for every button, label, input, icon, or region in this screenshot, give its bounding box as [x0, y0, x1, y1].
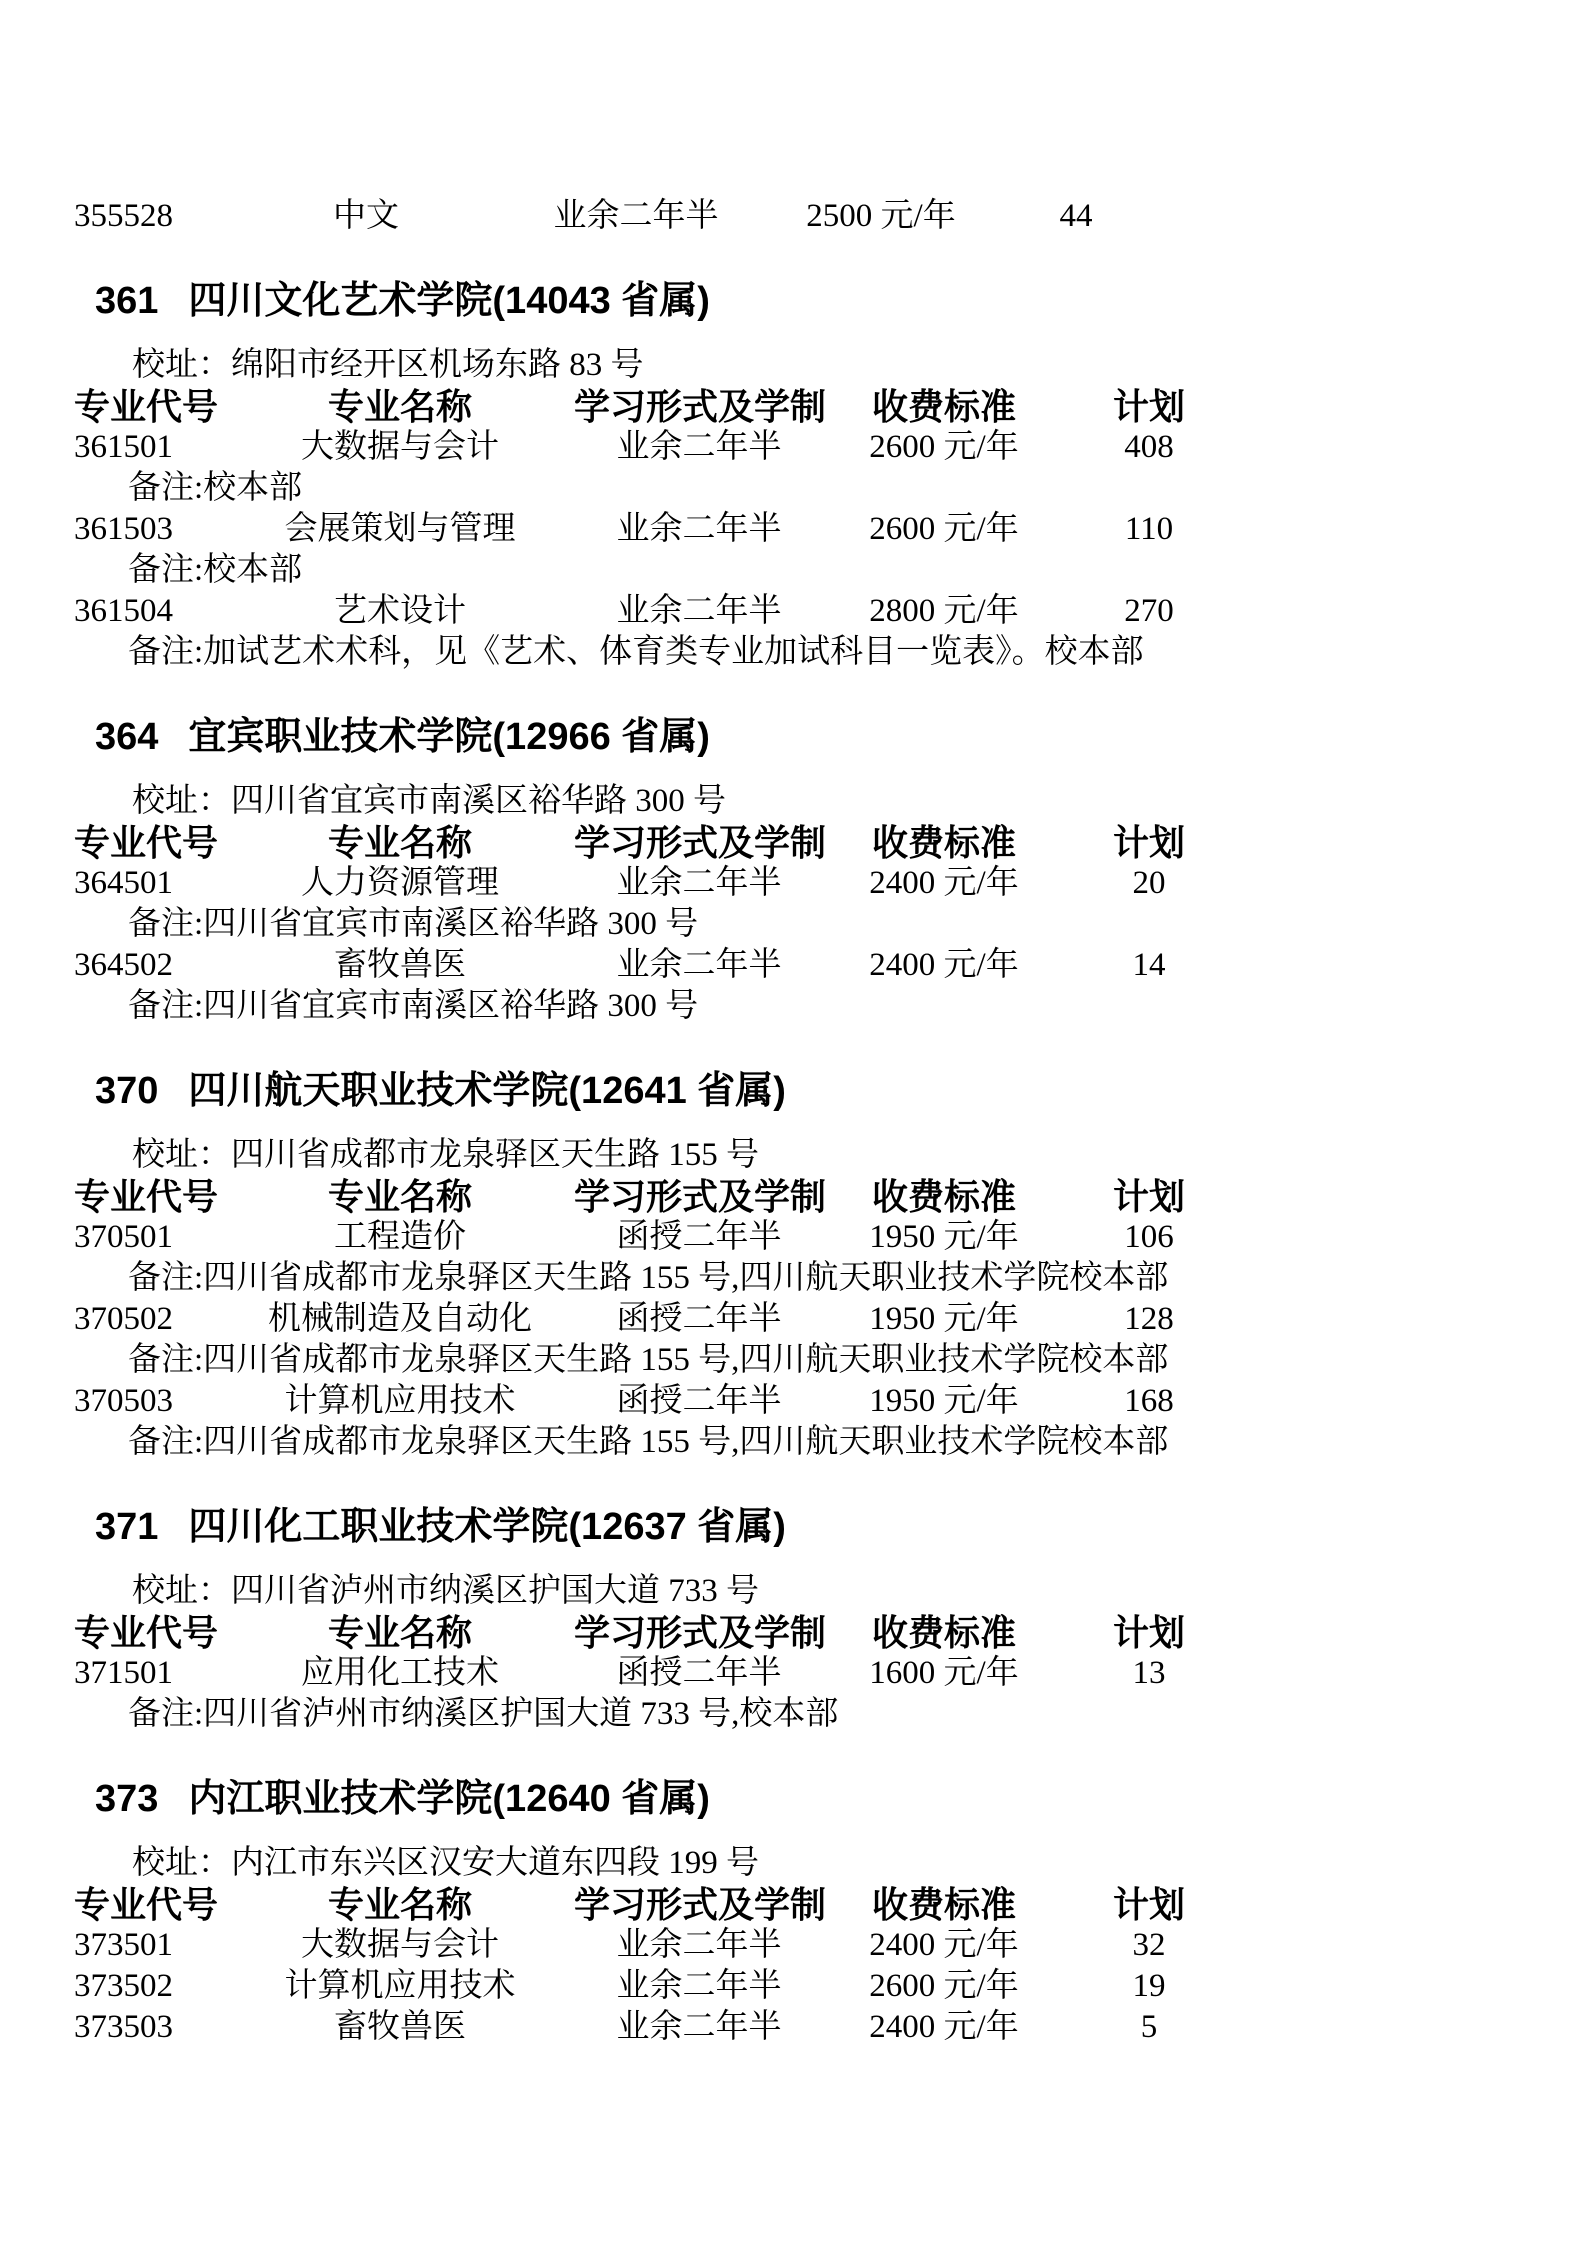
cell-fee: 2400 元/年: [824, 945, 1064, 986]
cell-study-form: 业余二年半: [574, 863, 824, 904]
school-section: 370四川航天职业技术学院(12641 省属) 校址：四川省成都市龙泉驿区天生路…: [74, 1067, 1547, 1463]
col-header-study-form: 学习形式及学制: [574, 1884, 824, 1925]
school-name: 宜宾职业技术学院(12966 省属): [188, 716, 710, 758]
cell-major-code: 355528: [74, 196, 226, 237]
row-note: 备注:四川省成都市龙泉驿区天生路 155 号,四川航天职业技术学院校本部: [74, 1258, 1547, 1299]
school-number: 364: [95, 716, 158, 758]
address-value: 四川省宜宾市南溪区裕华路 300 号: [231, 783, 726, 819]
cell-major-name: 机械制造及自动化: [226, 1299, 574, 1340]
cell-major-code: 364502: [74, 945, 226, 986]
row-note: 备注:四川省成都市龙泉驿区天生路 155 号,四川航天职业技术学院校本部: [74, 1340, 1547, 1381]
cell-major-name: 艺术设计: [226, 591, 574, 632]
cell-plan: 20: [1064, 863, 1234, 904]
table-row: 355528 中文 业余二年半 2500 元/年 44: [74, 196, 1547, 237]
cell-plan: 19: [1064, 1966, 1234, 2007]
cell-major-name: 计算机应用技术: [226, 1966, 574, 2007]
cell-major-code: 373501: [74, 1925, 226, 1966]
table-header-row: 专业代号 专业名称 学习形式及学制 收费标准 计划: [74, 1612, 1547, 1653]
school-number: 370: [95, 1070, 158, 1112]
school-name: 四川航天职业技术学院(12641 省属): [188, 1070, 786, 1112]
col-header-major-code: 专业代号: [74, 822, 226, 863]
col-header-major-code: 专业代号: [74, 386, 226, 427]
row-note: 备注:四川省泸州市纳溪区护国大道 733 号,校本部: [74, 1694, 1547, 1735]
cell-study-form: 业余二年半: [574, 427, 824, 468]
cell-major-name: 畜牧兽医: [226, 945, 574, 986]
cell-fee: 1600 元/年: [824, 1653, 1064, 1694]
cell-fee: 2400 元/年: [824, 2007, 1064, 2048]
school-address: 校址：四川省泸州市纳溪区护国大道 733 号: [74, 1571, 1547, 1612]
cell-fee: 2500 元/年: [766, 196, 996, 237]
cell-plan: 408: [1064, 427, 1234, 468]
cell-major-code: 364501: [74, 863, 226, 904]
col-header-fee: 收费标准: [824, 386, 1064, 427]
school-name: 内江职业技术学院(12640 省属): [188, 1778, 710, 1820]
school-name: 四川化工职业技术学院(12637 省属): [188, 1506, 786, 1548]
table-row: 373503 畜牧兽医 业余二年半 2400 元/年 5: [74, 2007, 1547, 2048]
col-header-fee: 收费标准: [824, 1612, 1064, 1653]
document-page: 355528 中文 业余二年半 2500 元/年 44 361四川文化艺术学院(…: [0, 0, 1587, 2245]
cell-major-code: 373502: [74, 1966, 226, 2007]
address-label: 校址：: [132, 1573, 231, 1609]
school-number: 361: [95, 280, 158, 322]
table-row: 361503 会展策划与管理 业余二年半 2600 元/年 110: [74, 509, 1547, 550]
cell-study-form: 业余二年半: [574, 1925, 824, 1966]
cell-study-form: 业余二年半: [574, 2007, 824, 2048]
address-value: 绵阳市经开区机场东路 83 号: [231, 347, 644, 383]
row-note: 备注:四川省成都市龙泉驿区天生路 155 号,四川航天职业技术学院校本部: [74, 1422, 1547, 1463]
address-value: 四川省泸州市纳溪区护国大道 733 号: [231, 1573, 759, 1609]
school-section: 371四川化工职业技术学院(12637 省属) 校址：四川省泸州市纳溪区护国大道…: [74, 1503, 1547, 1735]
table-header-row: 专业代号 专业名称 学习形式及学制 收费标准 计划: [74, 1176, 1547, 1217]
col-header-major-code: 专业代号: [74, 1884, 226, 1925]
cell-major-code: 370501: [74, 1217, 226, 1258]
table-row: 361504 艺术设计 业余二年半 2800 元/年 270: [74, 591, 1547, 632]
cell-plan: 128: [1064, 1299, 1234, 1340]
col-header-major-name: 专业名称: [226, 1612, 574, 1653]
cell-major-name: 中文: [226, 196, 506, 237]
cell-study-form: 业余二年半: [506, 196, 766, 237]
address-label: 校址：: [132, 1845, 231, 1881]
cell-plan: 13: [1064, 1653, 1234, 1694]
address-label: 校址：: [132, 347, 231, 383]
cell-major-code: 373503: [74, 2007, 226, 2048]
col-header-major-code: 专业代号: [74, 1612, 226, 1653]
cell-plan: 32: [1064, 1925, 1234, 1966]
cell-study-form: 函授二年半: [574, 1653, 824, 1694]
school-title: 361四川文化艺术学院(14043 省属): [95, 277, 1547, 325]
cell-fee: 2600 元/年: [824, 427, 1064, 468]
cell-plan: 270: [1064, 591, 1234, 632]
cell-major-code: 361503: [74, 509, 226, 550]
col-header-major-name: 专业名称: [226, 822, 574, 863]
cell-major-name: 会展策划与管理: [226, 509, 574, 550]
address-value: 内江市东兴区汉安大道东四段 199 号: [231, 1845, 759, 1881]
col-header-major-code: 专业代号: [74, 1176, 226, 1217]
col-header-fee: 收费标准: [824, 1884, 1064, 1925]
row-note: 备注:四川省宜宾市南溪区裕华路 300 号: [74, 904, 1547, 945]
school-number: 373: [95, 1778, 158, 1820]
cell-major-name: 畜牧兽医: [226, 2007, 574, 2048]
cell-major-name: 工程造价: [226, 1217, 574, 1258]
cell-fee: 2400 元/年: [824, 863, 1064, 904]
school-section: 373内江职业技术学院(12640 省属) 校址：内江市东兴区汉安大道东四段 1…: [74, 1775, 1547, 2048]
col-header-fee: 收费标准: [824, 822, 1064, 863]
cell-fee: 2800 元/年: [824, 591, 1064, 632]
cell-fee: 1950 元/年: [824, 1217, 1064, 1258]
address-value: 四川省成都市龙泉驿区天生路 155 号: [231, 1137, 759, 1173]
col-header-major-name: 专业名称: [226, 1884, 574, 1925]
cell-fee: 2400 元/年: [824, 1925, 1064, 1966]
address-label: 校址：: [132, 1137, 231, 1173]
cell-fee: 2600 元/年: [824, 509, 1064, 550]
school-name: 四川文化艺术学院(14043 省属): [188, 280, 710, 322]
col-header-plan: 计划: [1064, 1884, 1234, 1925]
cell-study-form: 业余二年半: [574, 591, 824, 632]
cell-fee: 1950 元/年: [824, 1381, 1064, 1422]
table-row: 364502 畜牧兽医 业余二年半 2400 元/年 14: [74, 945, 1547, 986]
cell-major-name: 应用化工技术: [226, 1653, 574, 1694]
table-row: 373502 计算机应用技术 业余二年半 2600 元/年 19: [74, 1966, 1547, 2007]
cell-plan: 5: [1064, 2007, 1234, 2048]
school-address: 校址：四川省宜宾市南溪区裕华路 300 号: [74, 781, 1547, 822]
col-header-major-name: 专业名称: [226, 1176, 574, 1217]
school-title: 371四川化工职业技术学院(12637 省属): [95, 1503, 1547, 1551]
cell-major-code: 370503: [74, 1381, 226, 1422]
table-row: 373501 大数据与会计 业余二年半 2400 元/年 32: [74, 1925, 1547, 1966]
col-header-study-form: 学习形式及学制: [574, 1612, 824, 1653]
school-number: 371: [95, 1506, 158, 1548]
col-header-plan: 计划: [1064, 1176, 1234, 1217]
cell-major-code: 370502: [74, 1299, 226, 1340]
col-header-plan: 计划: [1064, 822, 1234, 863]
table-row: 370502 机械制造及自动化 函授二年半 1950 元/年 128: [74, 1299, 1547, 1340]
table-header-row: 专业代号 专业名称 学习形式及学制 收费标准 计划: [74, 1884, 1547, 1925]
cell-study-form: 函授二年半: [574, 1381, 824, 1422]
table-row: 361501 大数据与会计 业余二年半 2600 元/年 408: [74, 427, 1547, 468]
cell-plan: 168: [1064, 1381, 1234, 1422]
school-address: 校址：四川省成都市龙泉驿区天生路 155 号: [74, 1135, 1547, 1176]
table-row: 370501 工程造价 函授二年半 1950 元/年 106: [74, 1217, 1547, 1258]
cell-major-code: 361501: [74, 427, 226, 468]
school-address: 校址：内江市东兴区汉安大道东四段 199 号: [74, 1843, 1547, 1884]
col-header-fee: 收费标准: [824, 1176, 1064, 1217]
cell-major-name: 大数据与会计: [226, 1925, 574, 1966]
cell-fee: 2600 元/年: [824, 1966, 1064, 2007]
col-header-plan: 计划: [1064, 1612, 1234, 1653]
cell-major-name: 计算机应用技术: [226, 1381, 574, 1422]
cell-major-name: 大数据与会计: [226, 427, 574, 468]
row-note: 备注:四川省宜宾市南溪区裕华路 300 号: [74, 986, 1547, 1027]
col-header-study-form: 学习形式及学制: [574, 386, 824, 427]
col-header-plan: 计划: [1064, 386, 1234, 427]
cell-study-form: 业余二年半: [574, 1966, 824, 2007]
col-header-major-name: 专业名称: [226, 386, 574, 427]
cell-plan: 14: [1064, 945, 1234, 986]
cell-major-code: 371501: [74, 1653, 226, 1694]
row-note: 备注:校本部: [74, 550, 1547, 591]
table-header-row: 专业代号 专业名称 学习形式及学制 收费标准 计划: [74, 822, 1547, 863]
cell-plan: 106: [1064, 1217, 1234, 1258]
cell-study-form: 业余二年半: [574, 945, 824, 986]
table-row: 370503 计算机应用技术 函授二年半 1950 元/年 168: [74, 1381, 1547, 1422]
cell-fee: 1950 元/年: [824, 1299, 1064, 1340]
table-row: 364501 人力资源管理 业余二年半 2400 元/年 20: [74, 863, 1547, 904]
table-header-row: 专业代号 专业名称 学习形式及学制 收费标准 计划: [74, 386, 1547, 427]
cell-study-form: 函授二年半: [574, 1217, 824, 1258]
col-header-study-form: 学习形式及学制: [574, 1176, 824, 1217]
school-title: 364宜宾职业技术学院(12966 省属): [95, 713, 1547, 761]
school-title: 370四川航天职业技术学院(12641 省属): [95, 1067, 1547, 1115]
cell-major-name: 人力资源管理: [226, 863, 574, 904]
cell-plan: 44: [996, 196, 1156, 237]
school-title: 373内江职业技术学院(12640 省属): [95, 1775, 1547, 1823]
cell-plan: 110: [1064, 509, 1234, 550]
cell-study-form: 业余二年半: [574, 509, 824, 550]
table-row: 371501 应用化工技术 函授二年半 1600 元/年 13: [74, 1653, 1547, 1694]
col-header-study-form: 学习形式及学制: [574, 822, 824, 863]
cell-study-form: 函授二年半: [574, 1299, 824, 1340]
row-note: 备注:校本部: [74, 468, 1547, 509]
address-label: 校址：: [132, 783, 231, 819]
school-section: 364宜宾职业技术学院(12966 省属) 校址：四川省宜宾市南溪区裕华路 30…: [74, 713, 1547, 1027]
school-section: 361四川文化艺术学院(14043 省属) 校址：绵阳市经开区机场东路 83 号…: [74, 277, 1547, 673]
row-note: 备注:加试艺术术科，见《艺术、体育类专业加试科目一览表》。校本部: [74, 632, 1547, 673]
cell-major-code: 361504: [74, 591, 226, 632]
school-address: 校址：绵阳市经开区机场东路 83 号: [74, 345, 1547, 386]
